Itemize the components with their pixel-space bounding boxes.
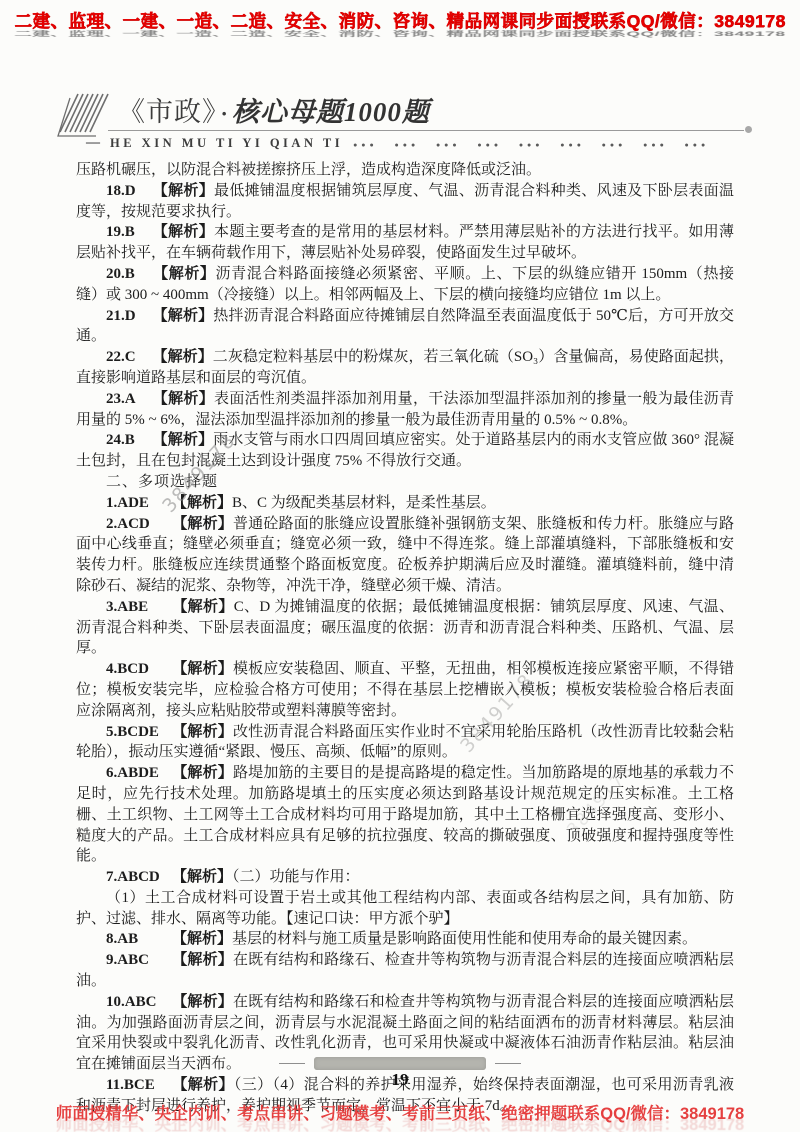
jiexi-label: 【解析】	[172, 661, 233, 677]
answer-text: 基层的材料与施工质量是影响路面使用性能和使用寿命的最关键因素。	[232, 931, 697, 947]
footer-dash-right	[495, 1063, 521, 1064]
answer-code: 5.BCDE	[106, 722, 172, 743]
document-page: 二建、监理、一建、一造、二造、安全、消防、咨询、精品网课同步面授联系QQ/微信：…	[0, 0, 800, 1132]
answer-text: （二）功能与作用：	[232, 869, 360, 885]
answer-item: 7.ABCD【解析】（二）功能与作用：	[76, 867, 734, 888]
jiexi-label: 【解析】	[172, 724, 233, 740]
footer-bar	[314, 1057, 486, 1070]
answer-item: 2.ACD【解析】普通砼路面的胀缝应设置胀缝补强钢筋支架、胀缝板和传力杆。胀缝应…	[76, 514, 734, 597]
carryover-paragraph: 压路机碾压，以防混合料被搓擦挤压上浮，造成构造深度降低或泛油。	[76, 160, 734, 181]
jiexi-label: 【解析】	[172, 765, 233, 781]
answer-item: 21.D【解析】热拌沥青混合料路面应待摊铺层自然降温至表面温度低于 50℃后，方…	[76, 306, 734, 348]
answer-code: 10.ABC	[106, 992, 172, 1013]
answer-item: 4.BCD【解析】模板应安装稳固、顺直、平整，无扭曲，相邻模板连接应紧密平顺，不…	[76, 659, 734, 721]
book-title-series: 《市政》	[118, 97, 217, 127]
answer-code: 1.ADE	[106, 493, 172, 514]
answer-item: 8.AB【解析】基层的材料与施工质量是影响路面使用性能和使用寿命的最关键因素。	[76, 929, 734, 950]
answer-code: 4.BCD	[106, 659, 172, 680]
jiexi-label: 【解析】	[153, 224, 215, 240]
answer-item: 19.B【解析】本题主要考查的是常用的基层材料。严禁用薄层贴补的方法进行找平。如…	[76, 222, 734, 264]
answer-code: 22.C	[106, 347, 153, 368]
answer-code: 24.B	[106, 430, 153, 451]
answer-code: 9.ABC	[106, 950, 172, 971]
answer-item: 18.D【解析】最低摊铺温度根据铺筑层厚度、气温、沥青混合料种类、风速及下卧层表…	[76, 181, 734, 223]
answer-code: 21.D	[106, 306, 153, 327]
book-title: 《市政》·核心母题1000题	[118, 90, 430, 129]
page-footer-bar	[0, 1057, 800, 1070]
answer-item: 6.ABDE【解析】路堤加筋的主要目的是提高路堤的稳定性。当加筋路堤的原地基的承…	[76, 763, 734, 867]
jiexi-label: 【解析】	[172, 994, 233, 1010]
jiexi-label: 【解析】	[153, 308, 214, 324]
jiexi-label: 【解析】	[153, 391, 215, 407]
jiexi-label: 【解析】	[153, 266, 216, 282]
answer-item: 3.ABE【解析】C、D 为摊铺温度的依据；最低摊铺温度根据：铺筑层厚度、风速、…	[76, 597, 734, 659]
answer-item: 1.ADE【解析】B、C 为级配类基层材料，是柔性基层。	[76, 493, 734, 514]
jiexi-label: 【解析】	[153, 349, 213, 365]
pinyin-subtitle: HE XIN MU TI YI QIAN TI	[110, 136, 343, 151]
answer-note: （1）土工合成材料可设置于岩土或其他工程结构内部、表面或各结构层之间，具有加筋、…	[76, 888, 734, 930]
answer-item: 22.C【解析】二灰稳定粒料基层中的粉煤灰，若三氧化硫（SO₃）含量偏高，易使路…	[76, 347, 734, 389]
book-header: 《市政》·核心母题1000题 — HE XIN MU TI YI QIAN TI…	[56, 90, 752, 156]
header-rule	[108, 130, 744, 131]
jiexi-label: 【解析】	[172, 516, 233, 532]
jiexi-label: 【解析】	[153, 183, 215, 199]
answer-item: 20.B【解析】沥青混合料路面接缝必须紧密、平顺。上、下层的纵缝应错开 150m…	[76, 264, 734, 306]
page-number: 19	[0, 1070, 800, 1090]
jiexi-label: 【解析】	[172, 869, 232, 885]
answer-code: 8.AB	[106, 929, 172, 950]
section-heading-multiple-choice: 二、多项选择题	[76, 472, 734, 493]
jiexi-label: 【解析】	[172, 931, 232, 947]
answer-item: 24.B【解析】雨水支管与雨水口四周回填应密实。处于道路基层内的雨水支管应做 3…	[76, 430, 734, 472]
pinyin-dash: —	[86, 135, 100, 151]
footer-dash-left	[279, 1063, 305, 1064]
promo-banner-top-echo: 二建、监理、一建、一造、二造、安全、消防、咨询、精品网课同步面授联系QQ/微信：…	[0, 29, 800, 39]
answer-item: 9.ABC【解析】在既有结构和路缘石、检查井等构筑物与沥青混合料层的连接面应喷洒…	[76, 950, 734, 992]
answer-code: 23.A	[106, 389, 153, 410]
answer-code: 6.ABDE	[106, 763, 172, 784]
promo-banner-bottom: 师面授精华、央企内训、考点串讲、习题模考、考前三页纸、绝密押题联系QQ/微信：3…	[0, 1100, 800, 1124]
answer-item: 23.A【解析】表面活性剂类温拌添加剂用量，干法添加型温拌添加剂的掺量一般为最佳…	[76, 389, 734, 431]
answer-item: 5.BCDE【解析】改性沥青混合料路面压实作业时不宜采用轮胎压路机（改性沥青比较…	[76, 722, 734, 764]
answer-code: 2.ACD	[106, 514, 172, 535]
answer-code: 20.B	[106, 264, 153, 285]
answer-code: 3.ABE	[106, 597, 172, 618]
answer-text: B、C 为级配类基层材料，是柔性基层。	[232, 495, 496, 511]
book-title-main: 核心母题1000题	[232, 97, 430, 127]
jiexi-label: 【解析】	[172, 495, 232, 511]
title-separator-dot: ·	[217, 101, 232, 126]
answer-code: 18.D	[106, 181, 153, 202]
answer-code: 19.B	[106, 222, 153, 243]
dot-leader: ●●● ●●● ●●● ●●● ●●● ●●● ●●● ●●● ●●●	[353, 138, 709, 149]
jiexi-label: 【解析】	[172, 599, 234, 615]
answers-body: 压路机碾压，以防混合料被搓擦挤压上浮，造成构造深度降低或泛油。 18.D【解析】…	[76, 160, 734, 1117]
jiexi-label: 【解析】	[172, 952, 233, 968]
answer-code: 7.ABCD	[106, 867, 172, 888]
jiexi-label: 【解析】	[153, 432, 214, 448]
